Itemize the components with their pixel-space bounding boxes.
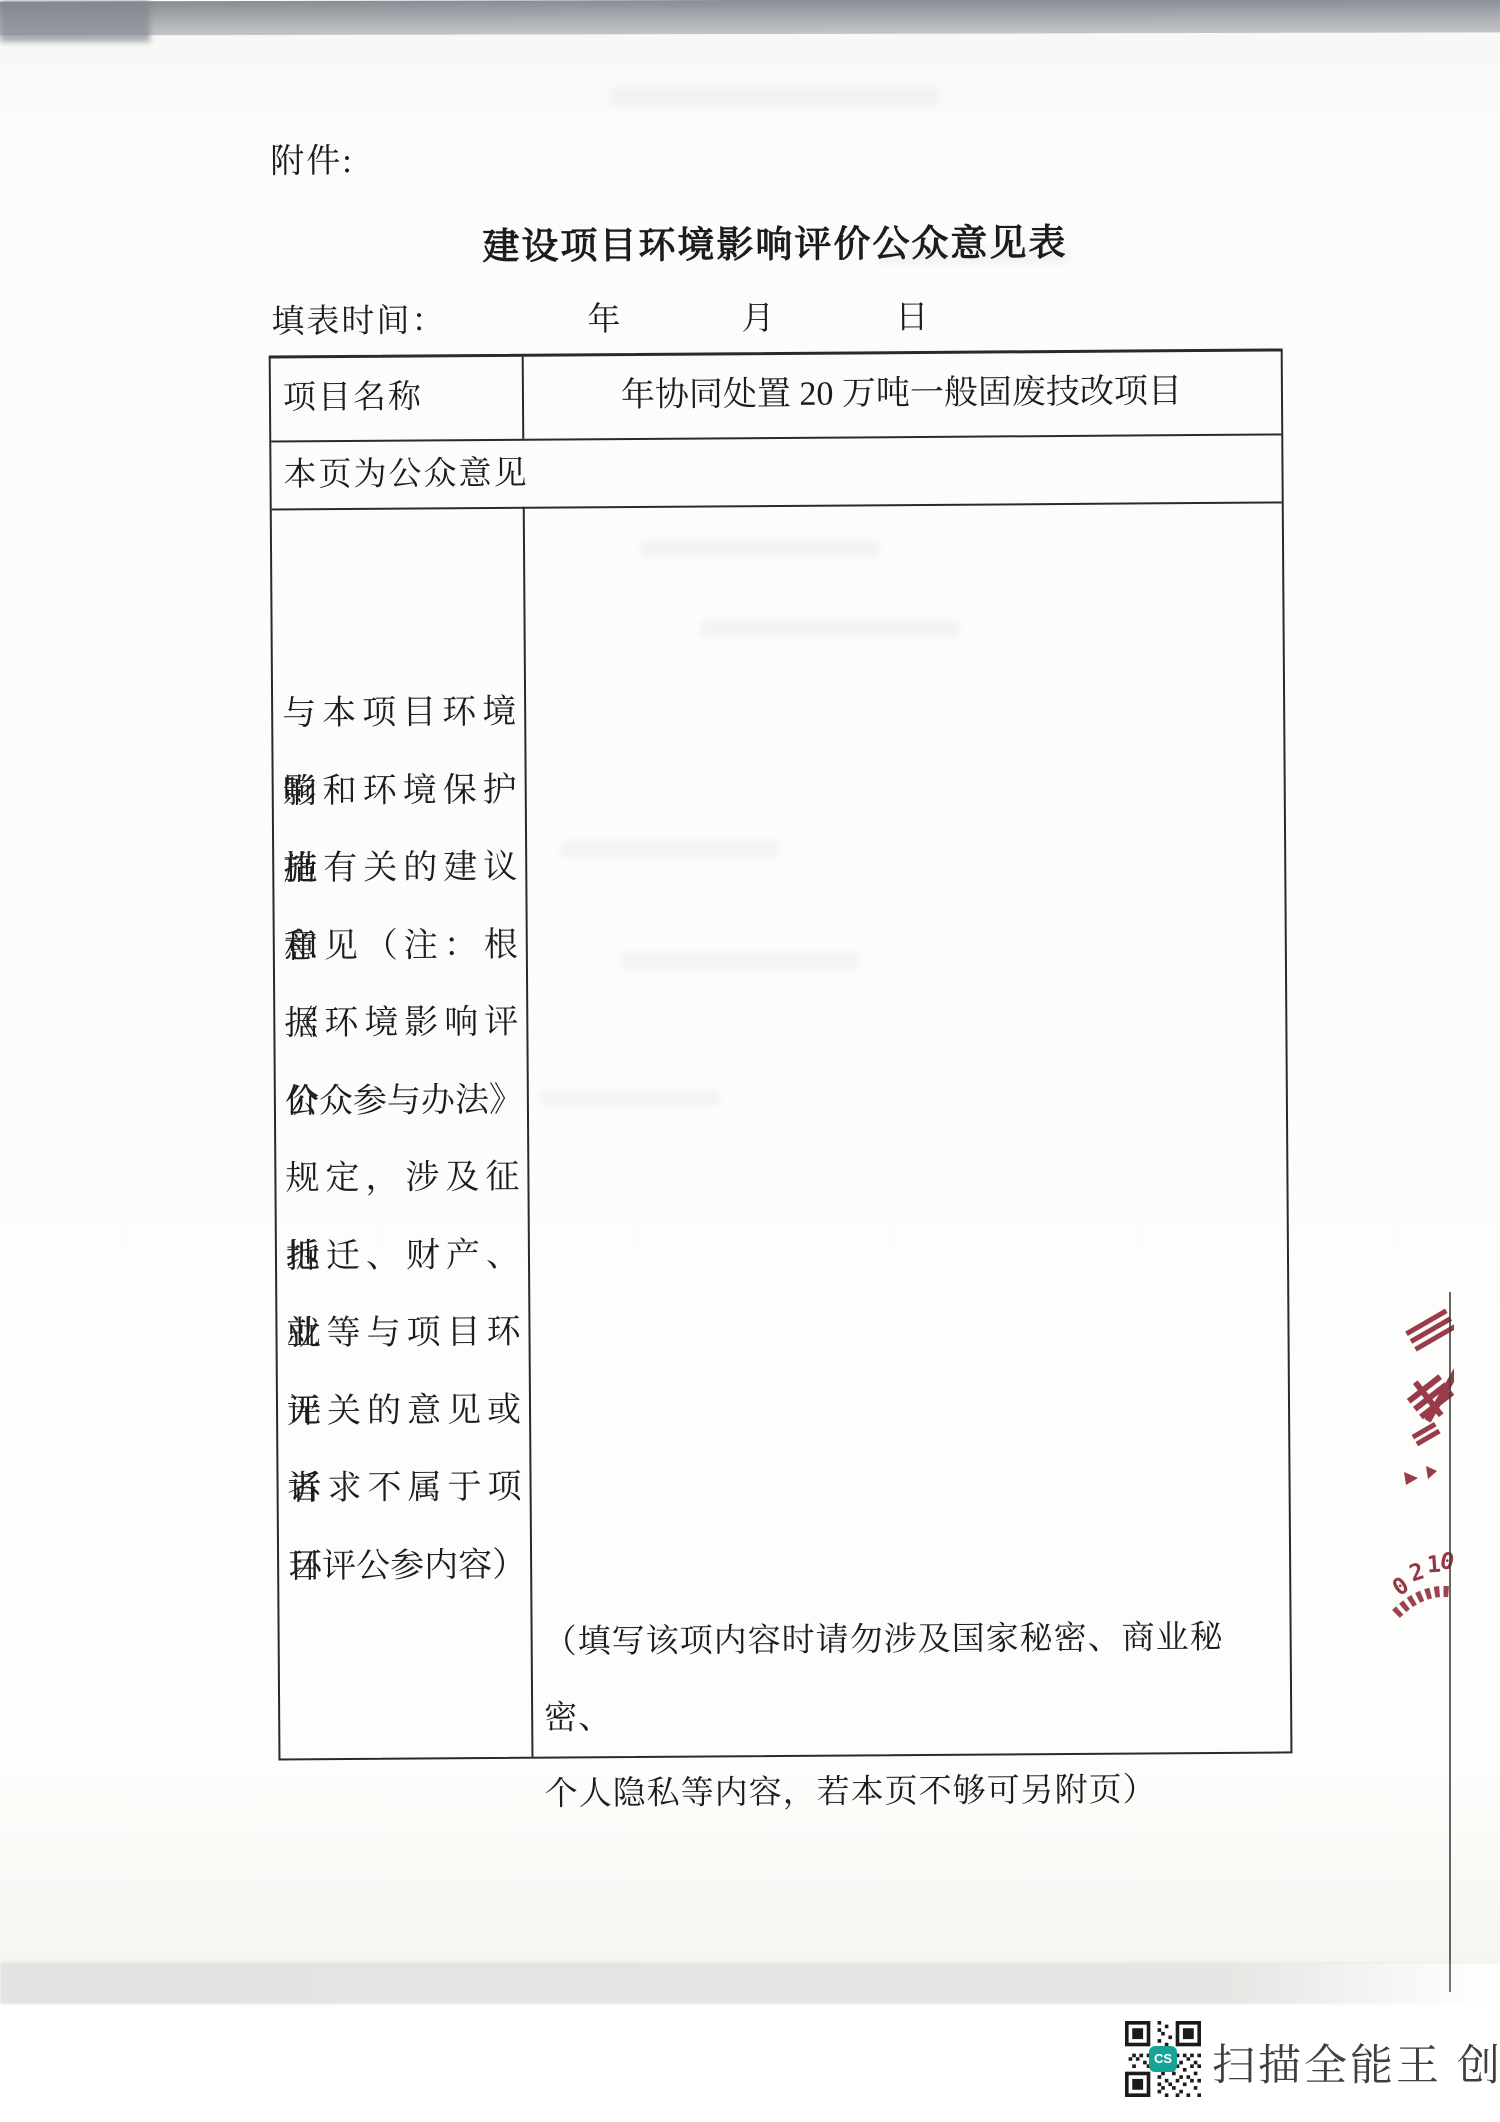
prompt-line: 《环境影响评价 [284,984,519,1063]
opinion-form-table: 项目名称 年协同处置 20 万吨一般固废技改项目 本页为公众意见 与本项目环境影… [269,348,1293,1760]
scan-edge-right [1449,1292,1451,1992]
camscanner-badge: CS [1149,2046,1177,2072]
document-content: 附件: 建设项目环境影响评价公众意见表 填表时间： 年 月 日 项目名称 年协同… [0,0,1500,2122]
prompt-line: 无关的意见或者 [287,1371,522,1450]
prompt-line: 环评公参内容） [288,1526,523,1605]
project-name-label: 项目名称 [283,357,424,438]
fill-date-label: 填表时间： [271,294,446,342]
fill-date-year: 年 [587,293,620,340]
scan-edge-bottom [0,1962,1500,2004]
scanned-document: 附件: 建设项目环境影响评价公众意见表 填表时间： 年 月 日 项目名称 年协同… [0,0,1500,2122]
prompt-line: 业等与项目环评 [286,1294,521,1373]
prompt-line: 诉求不属于项目 [287,1449,522,1528]
fill-date-day: 日 [895,291,928,338]
fill-date-line: 填表时间： 年 月 日 [0,287,1499,297]
prompt-line: 意见（注：根据 [284,906,519,985]
prompt-line: 公众参与办法》 [285,1061,520,1140]
fill-date-month: 月 [741,292,774,339]
prompt-line: 拆迁、财产、就 [286,1216,521,1295]
prompt-line: 响和环境保护措 [282,751,517,830]
camscanner-caption: 扫描全能王 创建 [1212,2032,1500,2093]
red-seal-fragment: 0 2 1 0 [1392,1302,1454,1622]
section-header: 本页为公众意见 [283,441,528,509]
opinion-prompt: 与本项目环境影 响和环境保护措 施有关的建议和 意见（注：根据 《环境影响评价 … [282,674,522,1606]
note-line: （填写该项内容时请勿涉及国家秘密、商业秘密、 [543,1599,1282,1756]
document-title: 建设项目环境影响评价公众意见表 [269,210,1281,271]
prompt-line: 规定，涉及征地 [285,1139,520,1218]
attachment-label: 附件: [270,133,354,183]
note-line: 个人隐私等内容，若本页不够可另附页） [544,1751,1283,1832]
project-name-value: 年协同处置 20 万吨一般固废技改项目 [524,351,1280,436]
prompt-line: 与本项目环境影 [282,674,517,753]
confidentiality-note: （填写该项内容时请勿涉及国家秘密、商业秘密、 个人隐私等内容，若本页不够可另附页… [543,1599,1283,1832]
prompt-line: 施有关的建议和 [283,829,518,908]
